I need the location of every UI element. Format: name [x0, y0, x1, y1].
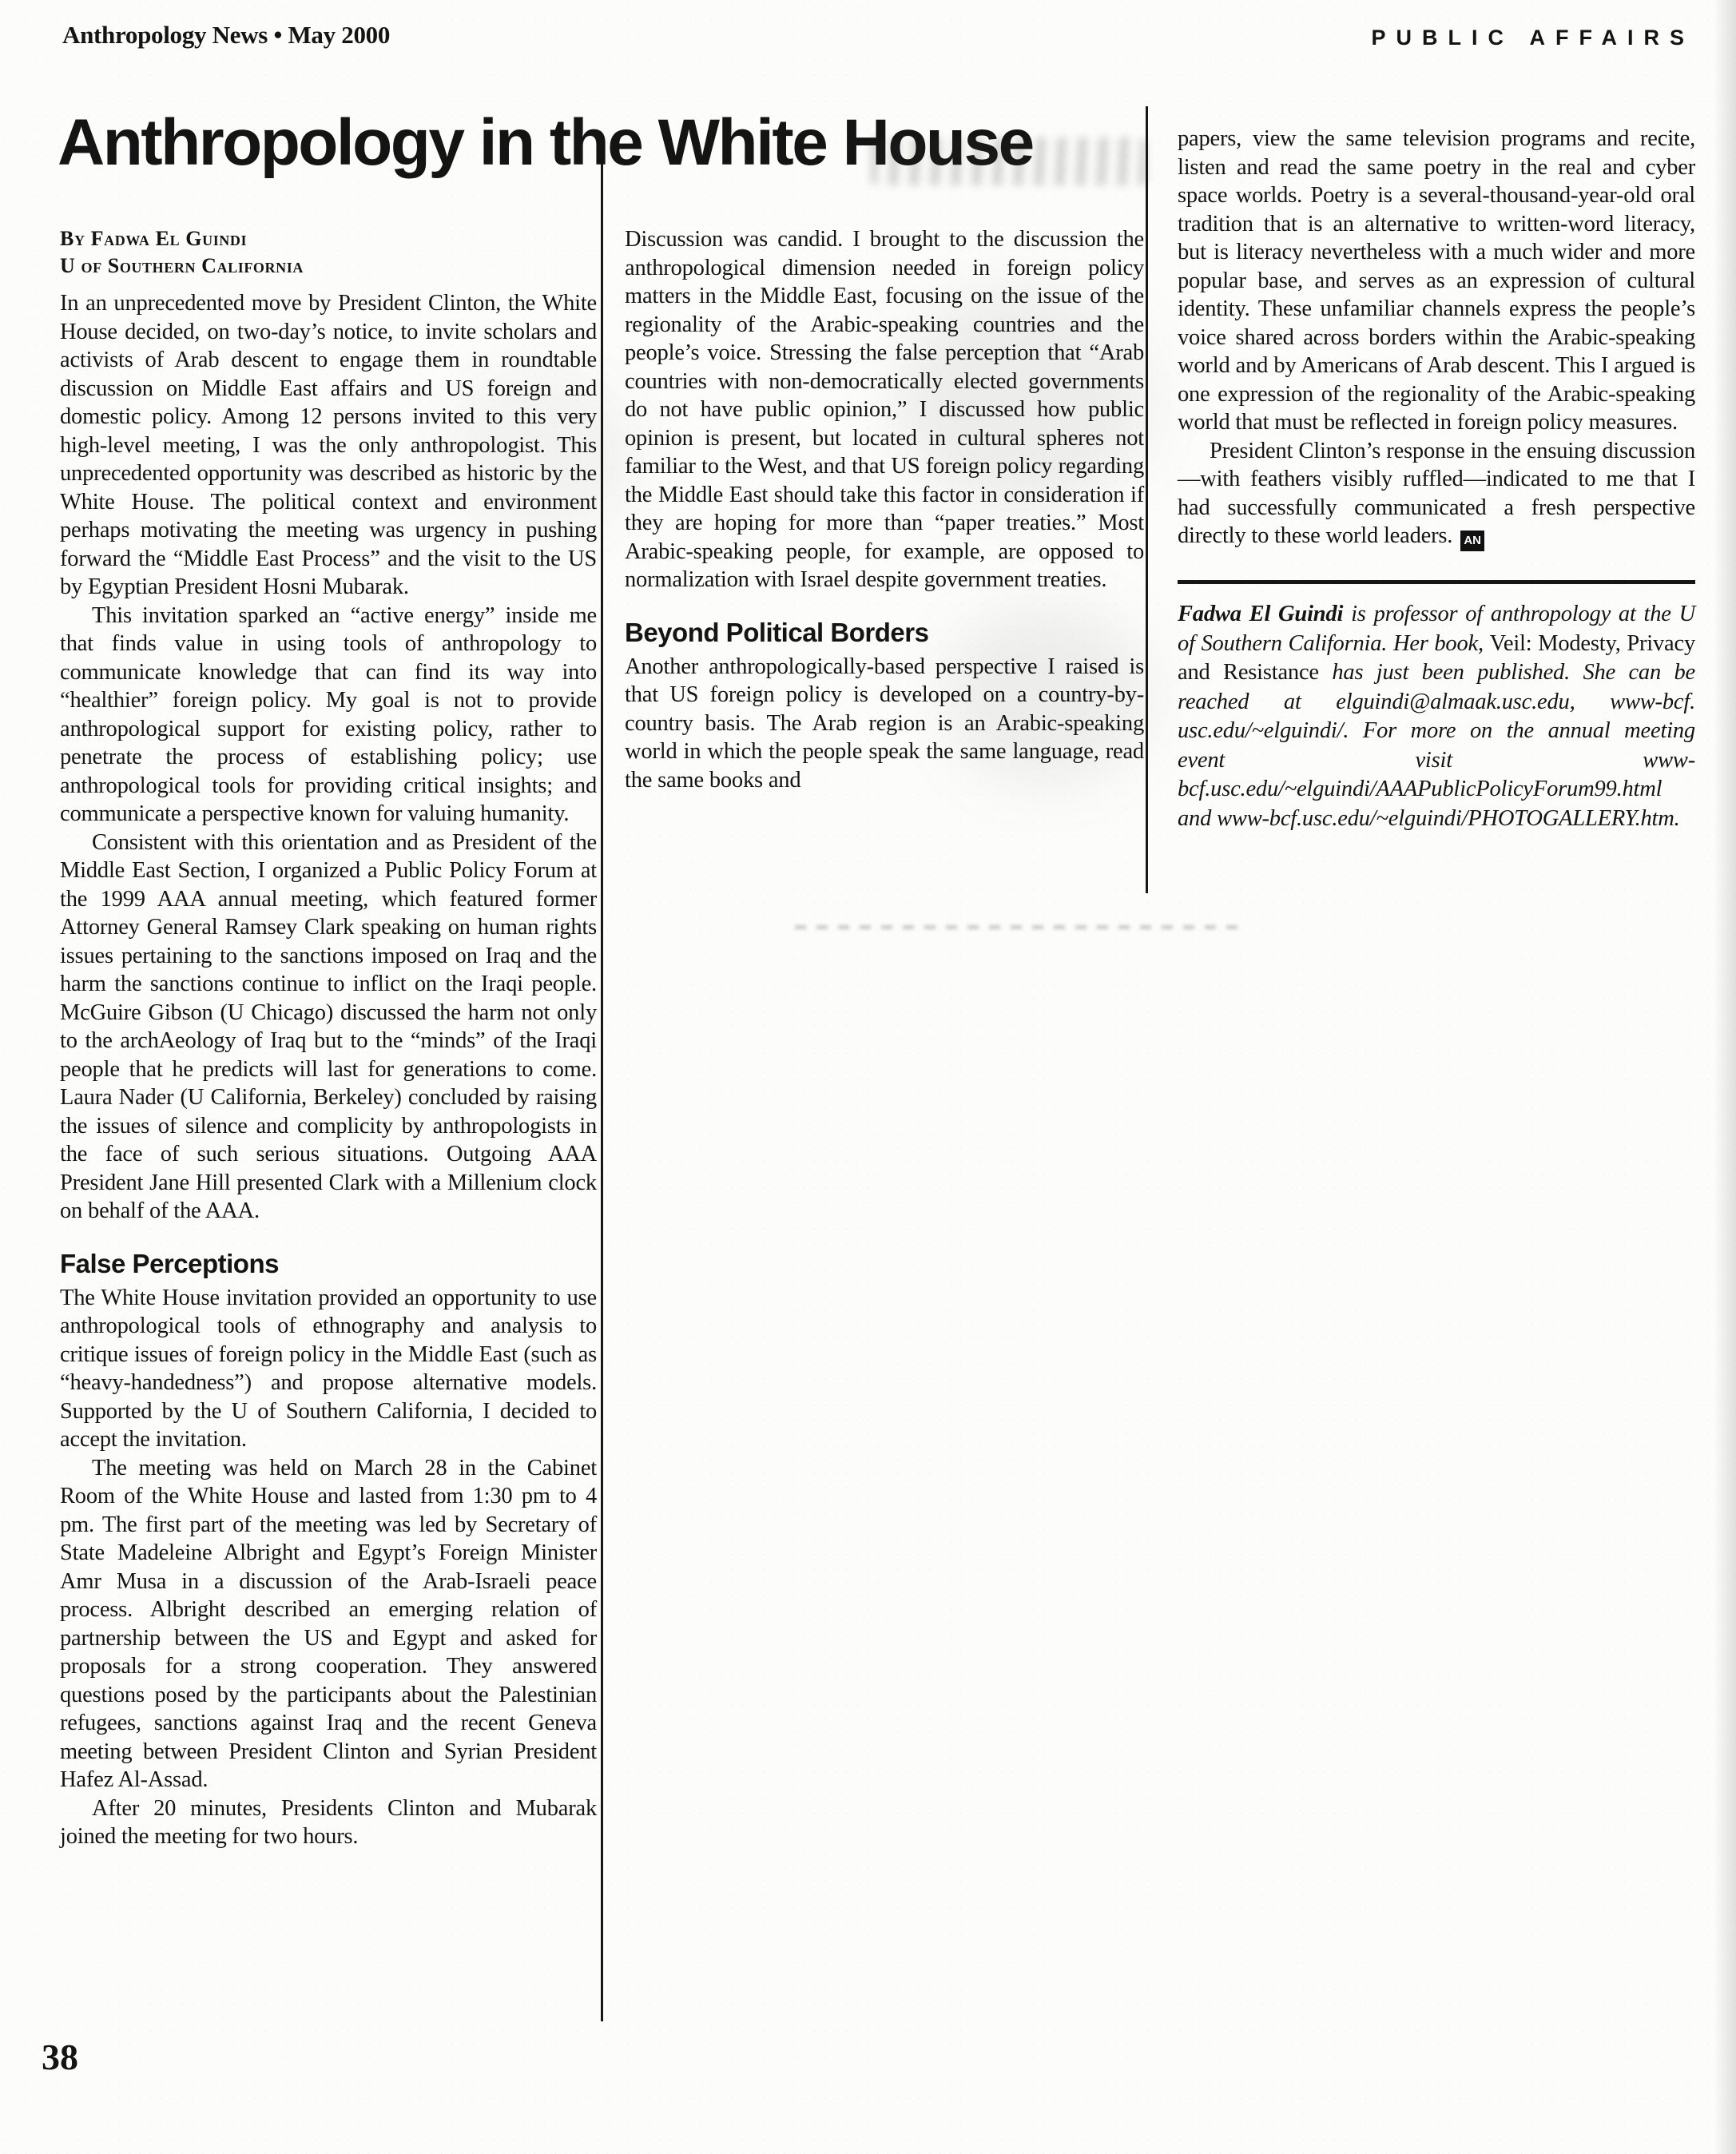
section-heading-beyond-political-borders: Beyond Political Borders: [625, 618, 1144, 647]
paragraph: President Clinton’s response in the ensu…: [1178, 437, 1695, 552]
section-label: PUBLIC AFFAIRS: [1372, 26, 1695, 50]
scan-edge-streak: [1714, 0, 1736, 2154]
paragraph: The White House invitation provided an o…: [60, 1284, 597, 1454]
paragraph: In an unprecedented move by President Cl…: [60, 289, 597, 602]
paragraph: Consistent with this orientation and as …: [60, 829, 597, 1226]
section-heading-false-perceptions: False Perceptions: [60, 1250, 597, 1278]
bio-text: has just been published. She can be reac…: [1178, 660, 1695, 831]
print-smudge-artifact: [871, 137, 1146, 185]
byline-author: By Fadwa El Guindi: [60, 225, 597, 252]
column-1: By Fadwa El Guindi U of Southern Califor…: [60, 225, 597, 1851]
column-divider: [1146, 106, 1148, 893]
byline-affiliation: U of Southern California: [60, 252, 597, 280]
paragraph: Another anthropologically-based perspect…: [625, 653, 1144, 795]
paragraph: This invitation sparked an “active energ…: [60, 602, 597, 829]
column-3: papers, view the same television program…: [1178, 125, 1695, 833]
bio-divider: [1178, 580, 1695, 584]
paragraph-text: President Clinton’s response in the ensu…: [1178, 439, 1695, 549]
paragraph: After 20 minutes, Presidents Clinton and…: [60, 1794, 597, 1851]
paragraph: The meeting was held on March 28 in the …: [60, 1454, 597, 1794]
paragraph: papers, view the same television program…: [1178, 125, 1695, 437]
author-bio: Fadwa El Guindi is professor of anthropo…: [1178, 600, 1695, 833]
byline-block: By Fadwa El Guindi U of Southern Califor…: [60, 225, 597, 280]
column-divider: [601, 164, 603, 2021]
end-of-article-mark: AN: [1460, 531, 1484, 551]
paragraph: Discussion was candid. I brought to the …: [625, 225, 1144, 594]
bio-author-name: Fadwa El Guindi: [1178, 602, 1343, 626]
page-number: 38: [42, 2036, 78, 2078]
newsletter-page: Anthropology News • May 2000 PUBLIC AFFA…: [0, 0, 1736, 2154]
masthead-issue: Anthropology News • May 2000: [62, 21, 390, 50]
scan-smear-artifact: [795, 925, 1242, 929]
column-2: Discussion was candid. I brought to the …: [625, 225, 1144, 794]
